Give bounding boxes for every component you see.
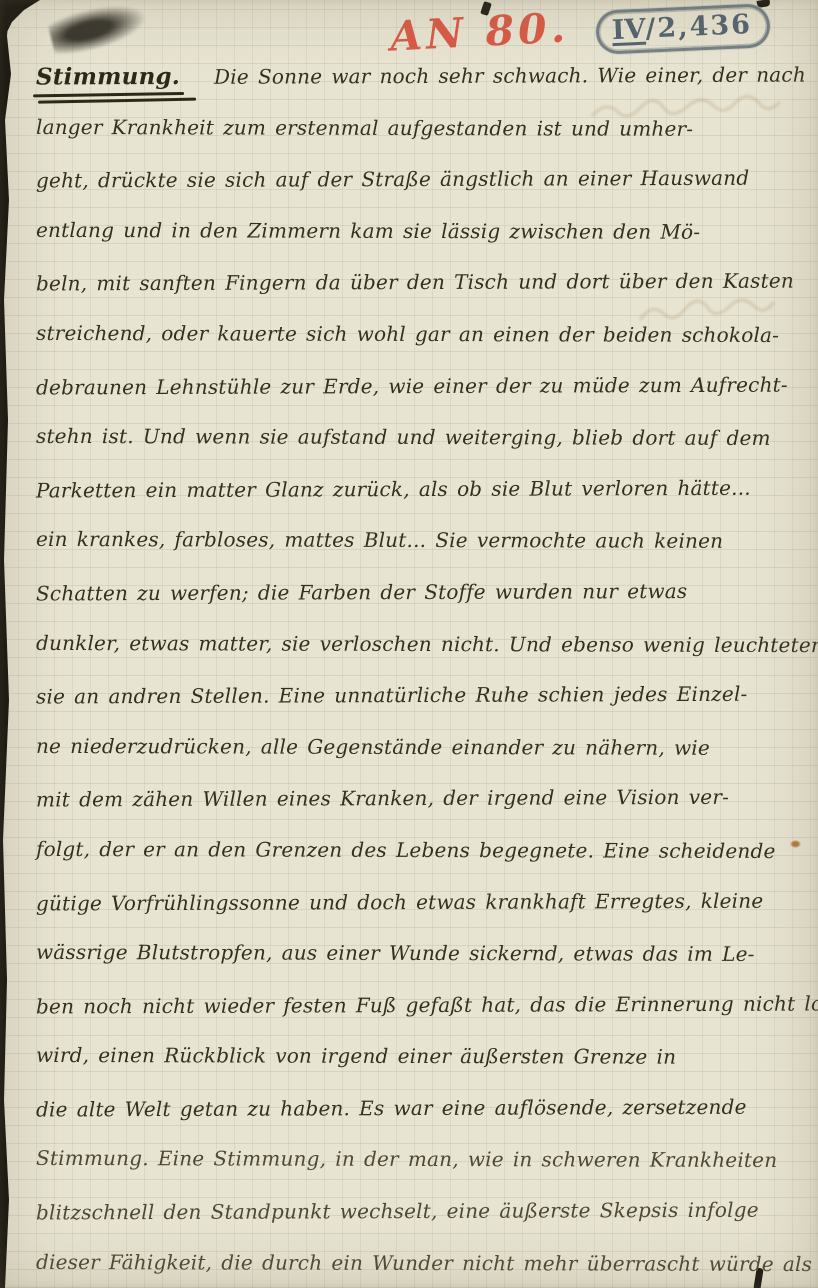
catalog-page-number: /2,436 xyxy=(645,9,753,45)
manuscript-line: blitzschnell den Standpunkt wechselt, ei… xyxy=(36,1184,808,1239)
manuscript-line-first: Stimmung. Die Sonne war noch sehr schwac… xyxy=(36,49,808,104)
manuscript-line: wird, einen Rückblick von irgend einer ä… xyxy=(36,1029,808,1083)
manuscript-line: stehn ist. Und wenn sie aufstand und wei… xyxy=(36,410,808,464)
catalog-stamp: IV/2,436 xyxy=(595,3,771,55)
manuscript-line: die alte Welt getan zu haben. Es war ein… xyxy=(36,1080,808,1135)
manuscript-line: dunkler, etwas matter, sie verloschen ni… xyxy=(36,616,808,670)
manuscript-line: wässrige Blutstropfen, aus einer Wunde s… xyxy=(36,926,808,980)
manuscript-line: langer Krankheit zum erstenmal aufgestan… xyxy=(36,101,808,155)
manuscript-line: dieser Fähigkeit, die durch ein Wunder n… xyxy=(36,1236,808,1288)
manuscript-line: mit dem zähen Willen eines Kranken, der … xyxy=(36,771,808,826)
catalog-volume-roman: IV xyxy=(611,14,646,46)
manuscript-line: Parketten ein matter Glanz zurück, als o… xyxy=(36,461,808,516)
manuscript-lines: Stimmung. Die Sonne war noch sehr schwac… xyxy=(36,50,808,1288)
manuscript-line: folgt, der er an den Grenzen des Lebens … xyxy=(36,823,808,877)
manuscript-line: geht, drückte sie sich auf der Straße än… xyxy=(36,152,808,207)
manuscript-line: Schatten zu werfen; die Farben der Stoff… xyxy=(36,564,808,619)
manuscript-line: Stimmung. Eine Stimmung, in der man, wie… xyxy=(36,1132,808,1186)
manuscript-page: AN 80. IV/2,436 Stimmung. Die Sonne war … xyxy=(0,0,818,1288)
manuscript-line: beln, mit sanften Fingern da über den Ti… xyxy=(36,255,808,310)
manuscript-line-text: Die Sonne war noch sehr schwach. Wie ein… xyxy=(214,62,806,88)
manuscript-line: gütige Vorfrühlingssonne und doch etwas … xyxy=(36,874,808,929)
manuscript-line: entlang und in den Zimmern kam sie lässi… xyxy=(36,204,808,258)
manuscript-line: ne niederzudrücken, alle Gegenstände ein… xyxy=(36,720,808,774)
manuscript-line: sie an andren Stellen. Eine unnatürliche… xyxy=(36,668,808,723)
manuscript-line: debraunen Lehnstühle zur Erde, wie einer… xyxy=(36,358,808,413)
manuscript-line: ben noch nicht wieder festen Fuß gefaßt … xyxy=(36,977,808,1032)
manuscript-line: ein krankes, farbloses, mattes Blut... S… xyxy=(36,513,808,567)
manuscript-line: streichend, oder kauerte sich wohl gar a… xyxy=(36,307,808,361)
entry-title-underlined: Stimmung. xyxy=(36,63,180,91)
